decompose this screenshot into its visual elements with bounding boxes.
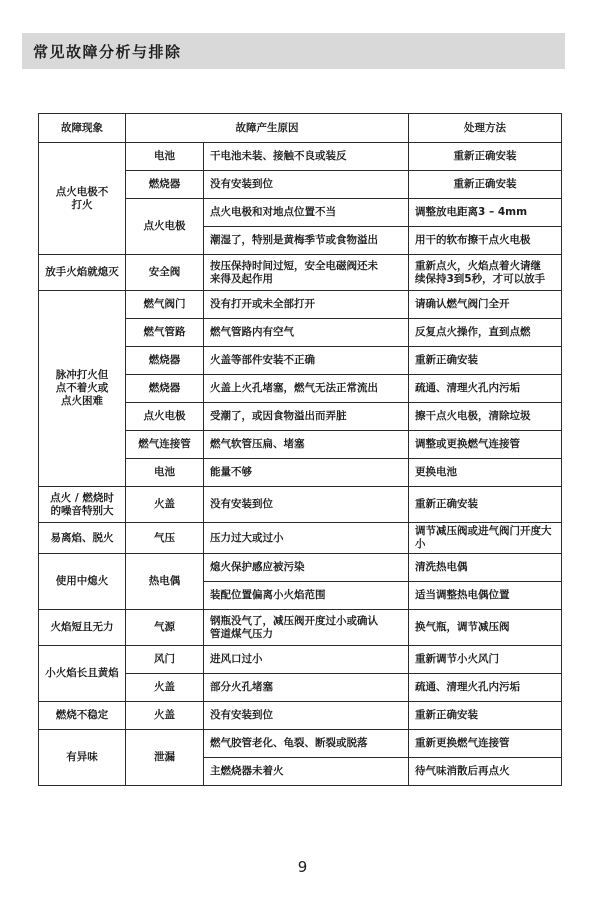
cause-cell: 装配位置偏离小火焰范围 xyxy=(204,582,409,610)
phenomenon-cell: 点火 / 燃烧时 的噪音特别大 xyxy=(39,487,126,523)
section-title: 常见故障分析与排除 xyxy=(22,41,182,62)
header-phenomenon: 故障现象 xyxy=(39,114,126,143)
component-cell: 火盖 xyxy=(126,702,204,730)
cause-cell: 钢瓶没气了，减压阀开度过小或确认 管道煤气压力 xyxy=(204,610,409,646)
table-row: 脉冲打火但 点不着火或 点火困难 燃气阀门 没有打开或未全部打开 请确认燃气阀门… xyxy=(39,291,562,319)
table-row: 使用中熄火 热电偶 熄火保护感应被污染 清洗热电偶 xyxy=(39,554,562,582)
troubleshooting-table: 故障现象 故障产生原因 处理方法 点火电极不 打火 电池 干电池未装、接触不良或… xyxy=(38,113,562,786)
table-header-row: 故障现象 故障产生原因 处理方法 xyxy=(39,114,562,143)
phenomenon-cell: 放手火焰就熄灭 xyxy=(39,255,126,291)
method-cell: 请确认燃气阀门全开 xyxy=(409,291,562,319)
method-cell: 适当调整热电偶位置 xyxy=(409,582,562,610)
method-cell: 更换电池 xyxy=(409,459,562,487)
method-cell: 待气味消散后再点火 xyxy=(409,758,562,786)
component-cell: 燃烧器 xyxy=(126,375,204,403)
cause-cell: 能量不够 xyxy=(204,459,409,487)
table-row: 小火焰长且黄焰 风门 进风口过小 重新调节小火风门 xyxy=(39,646,562,674)
table-row: 点火 / 燃烧时 的噪音特别大 火盖 没有安装到位 重新正确安装 xyxy=(39,487,562,523)
phenomenon-cell: 脉冲打火但 点不着火或 点火困难 xyxy=(39,291,126,487)
method-cell: 调节减压阀或进气阀门开度大小 xyxy=(409,523,562,554)
table-row: 点火电极不 打火 电池 干电池未装、接触不良或装反 重新正确安装 xyxy=(39,143,562,171)
component-cell: 燃气连接管 xyxy=(126,431,204,459)
table-row: 燃烧不稳定 火盖 没有安装到位 重新正确安装 xyxy=(39,702,562,730)
component-cell: 气压 xyxy=(126,523,204,554)
component-cell: 泄漏 xyxy=(126,730,204,786)
component-cell: 燃气管路 xyxy=(126,319,204,347)
method-cell: 重新正确安装 xyxy=(409,347,562,375)
method-cell: 换气瓶，调节减压阀 xyxy=(409,610,562,646)
header-cause: 故障产生原因 xyxy=(126,114,409,143)
cause-cell: 按压保持时间过短，安全电磁阀还未 来得及起作用 xyxy=(204,255,409,291)
method-cell: 调整放电距离3 – 4mm xyxy=(409,199,562,227)
cause-cell: 部分火孔堵塞 xyxy=(204,674,409,702)
page-number: 9 xyxy=(0,858,605,876)
cause-cell: 燃气管路内有空气 xyxy=(204,319,409,347)
cause-cell: 潮湿了，特别是黄梅季节或食物溢出 xyxy=(204,227,409,255)
phenomenon-cell: 小火焰长且黄焰 xyxy=(39,646,126,702)
method-cell: 重新调节小火风门 xyxy=(409,646,562,674)
component-cell: 电池 xyxy=(126,459,204,487)
phenomenon-cell: 易离焰、脱火 xyxy=(39,523,126,554)
table-row: 有异味 泄漏 燃气胶管老化、龟裂、断裂或脱落 重新更换燃气连接管 xyxy=(39,730,562,758)
cause-cell: 点火电极和对地点位置不当 xyxy=(204,199,409,227)
method-cell: 重新正确安装 xyxy=(409,171,562,199)
component-cell: 气源 xyxy=(126,610,204,646)
component-cell: 火盖 xyxy=(126,674,204,702)
phenomenon-cell: 有异味 xyxy=(39,730,126,786)
cause-cell: 没有安装到位 xyxy=(204,702,409,730)
cause-cell: 进风口过小 xyxy=(204,646,409,674)
method-cell: 调整或更换燃气连接管 xyxy=(409,431,562,459)
cause-cell: 熄火保护感应被污染 xyxy=(204,554,409,582)
component-cell: 点火电极 xyxy=(126,199,204,255)
cause-cell: 火盖上火孔堵塞，燃气无法正常流出 xyxy=(204,375,409,403)
component-cell: 安全阀 xyxy=(126,255,204,291)
cause-cell: 压力过大或过小 xyxy=(204,523,409,554)
cause-cell: 主燃烧器未着火 xyxy=(204,758,409,786)
method-cell: 重新更换燃气连接管 xyxy=(409,730,562,758)
method-cell: 重新正确安装 xyxy=(409,702,562,730)
cause-cell: 没有安装到位 xyxy=(204,171,409,199)
phenomenon-cell: 使用中熄火 xyxy=(39,554,126,610)
cause-cell: 受潮了，或因食物溢出而弄脏 xyxy=(204,403,409,431)
table-row: 易离焰、脱火 气压 压力过大或过小 调节减压阀或进气阀门开度大小 xyxy=(39,523,562,554)
phenomenon-cell: 点火电极不 打火 xyxy=(39,143,126,255)
phenomenon-cell: 燃烧不稳定 xyxy=(39,702,126,730)
manual-page: { "page": { "header_title": "常见故障分析与排除",… xyxy=(0,0,605,911)
method-cell: 疏通、清理火孔内污垢 xyxy=(409,674,562,702)
component-cell: 风门 xyxy=(126,646,204,674)
component-cell: 火盖 xyxy=(126,487,204,523)
table-row: 放手火焰就熄灭 安全阀 按压保持时间过短，安全电磁阀还未 来得及起作用 重新点火… xyxy=(39,255,562,291)
section-header-bar: 常见故障分析与排除 xyxy=(22,33,565,69)
method-cell: 反复点火操作，直到点燃 xyxy=(409,319,562,347)
method-cell: 用干的软布擦干点火电极 xyxy=(409,227,562,255)
method-cell: 疏通、清理火孔内污垢 xyxy=(409,375,562,403)
component-cell: 燃气阀门 xyxy=(126,291,204,319)
table-row: 火焰短且无力 气源 钢瓶没气了，减压阀开度过小或确认 管道煤气压力 换气瓶，调节… xyxy=(39,610,562,646)
header-method: 处理方法 xyxy=(409,114,562,143)
component-cell: 电池 xyxy=(126,143,204,171)
component-cell: 燃烧器 xyxy=(126,347,204,375)
method-cell: 擦干点火电极，清除垃圾 xyxy=(409,403,562,431)
component-cell: 燃烧器 xyxy=(126,171,204,199)
method-cell: 重新正确安装 xyxy=(409,487,562,523)
method-cell: 重新点火，火焰点着火请继 续保持3到5秒，才可以放手 xyxy=(409,255,562,291)
component-cell: 热电偶 xyxy=(126,554,204,610)
method-cell: 清洗热电偶 xyxy=(409,554,562,582)
component-cell: 点火电极 xyxy=(126,403,204,431)
cause-cell: 火盖等部件安装不正确 xyxy=(204,347,409,375)
cause-cell: 燃气胶管老化、龟裂、断裂或脱落 xyxy=(204,730,409,758)
cause-cell: 干电池未装、接触不良或装反 xyxy=(204,143,409,171)
cause-cell: 燃气软管压扁、堵塞 xyxy=(204,431,409,459)
cause-cell: 没有安装到位 xyxy=(204,487,409,523)
method-cell: 重新正确安装 xyxy=(409,143,562,171)
phenomenon-cell: 火焰短且无力 xyxy=(39,610,126,646)
cause-cell: 没有打开或未全部打开 xyxy=(204,291,409,319)
